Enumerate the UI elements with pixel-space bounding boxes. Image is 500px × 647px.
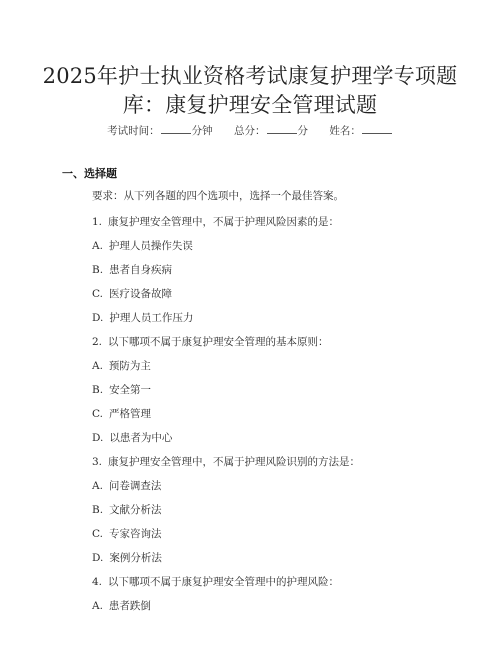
question-1: 1.康复护理安全管理中，不属于护理风险因素的是： (92, 214, 339, 229)
total-score-blank[interactable] (267, 123, 297, 134)
question-text: 以下哪项不属于康复护理安全管理中的护理风险： (108, 576, 339, 588)
q3-option-a[interactable]: A.问卷调查法 (92, 478, 161, 493)
option-text: 文献分析法 (109, 504, 162, 516)
document-page: 2025年护士执业资格考试康复护理学专项题 库：康复护理安全管理试题 考试时间：… (0, 0, 500, 647)
q1-option-a[interactable]: A.护理人员操作失误 (92, 238, 193, 253)
q4-option-a[interactable]: A.患者跌倒 (92, 598, 151, 613)
option-label: D. (92, 312, 103, 324)
student-name-blank[interactable] (362, 123, 392, 134)
option-text: 专家咨询法 (109, 528, 162, 540)
title-line-2: 库：康复护理安全管理试题 (40, 91, 460, 120)
question-number: 1. (92, 216, 102, 228)
option-label: C. (92, 408, 103, 420)
option-text: 以患者为中心 (109, 432, 172, 444)
question-number: 3. (92, 456, 102, 468)
option-text: 问卷调查法 (109, 480, 162, 492)
option-label: D. (92, 432, 103, 444)
q1-option-c[interactable]: C.医疗设备故障 (92, 286, 172, 301)
q2-option-c[interactable]: C.严格管理 (92, 406, 151, 421)
option-label: B. (92, 384, 103, 396)
q2-option-b[interactable]: B.安全第一 (92, 382, 151, 397)
option-label: B. (92, 264, 103, 276)
total-score: 总分：分 (234, 125, 311, 137)
section-instruction: 要求：从下列各题的四个选项中，选择一个最佳答案。 (92, 188, 344, 203)
option-text: 严格管理 (109, 408, 151, 420)
student-name: 姓名： (329, 125, 393, 137)
section-heading: 一、选择题 (62, 165, 117, 181)
option-text: 预防为主 (109, 360, 151, 372)
option-label: D. (92, 552, 103, 564)
option-label: C. (92, 288, 103, 300)
student-name-label: 姓名： (329, 125, 361, 137)
question-number: 2. (92, 336, 102, 348)
question-3: 3.康复护理安全管理中，不属于护理风险识别的方法是： (92, 454, 360, 469)
option-text: 患者自身疾病 (109, 264, 172, 276)
exam-time-unit: 分钟 (192, 125, 213, 137)
option-label: A. (92, 240, 103, 252)
option-text: 案例分析法 (109, 552, 162, 564)
question-text: 以下哪项不属于康复护理安全管理的基本原则： (108, 336, 329, 348)
title-line-1: 2025年护士执业资格考试康复护理学专项题 (40, 62, 460, 91)
option-label: A. (92, 600, 103, 612)
option-label: C. (92, 528, 103, 540)
question-text: 康复护理安全管理中，不属于护理风险因素的是： (108, 216, 339, 228)
question-4: 4.以下哪项不属于康复护理安全管理中的护理风险： (92, 574, 339, 589)
option-text: 患者跌倒 (109, 600, 151, 612)
q2-option-a[interactable]: A.预防为主 (92, 358, 151, 373)
exam-time: 考试时间：分钟 (107, 125, 216, 137)
option-label: A. (92, 480, 103, 492)
option-text: 护理人员工作压力 (109, 312, 193, 324)
q1-option-d[interactable]: D.护理人员工作压力 (92, 310, 193, 325)
option-text: 医疗设备故障 (109, 288, 172, 300)
option-text: 护理人员操作失误 (109, 240, 193, 252)
option-label: A. (92, 360, 103, 372)
question-number: 4. (92, 576, 102, 588)
q2-option-d[interactable]: D.以患者为中心 (92, 430, 172, 445)
total-score-label: 总分： (234, 125, 266, 137)
option-label: B. (92, 504, 103, 516)
q3-option-b[interactable]: B.文献分析法 (92, 502, 162, 517)
q1-option-b[interactable]: B.患者自身疾病 (92, 262, 172, 277)
total-score-unit: 分 (298, 125, 309, 137)
exam-meta: 考试时间：分钟 总分：分 姓名： (0, 123, 500, 138)
exam-time-label: 考试时间： (107, 125, 160, 137)
question-2: 2.以下哪项不属于康复护理安全管理的基本原则： (92, 334, 329, 349)
option-text: 安全第一 (109, 384, 151, 396)
q3-option-d[interactable]: D.案例分析法 (92, 550, 162, 565)
q3-option-c[interactable]: C.专家咨询法 (92, 526, 162, 541)
exam-time-blank[interactable] (161, 123, 191, 134)
question-text: 康复护理安全管理中，不属于护理风险识别的方法是： (108, 456, 360, 468)
document-title: 2025年护士执业资格考试康复护理学专项题 库：康复护理安全管理试题 (40, 62, 460, 120)
